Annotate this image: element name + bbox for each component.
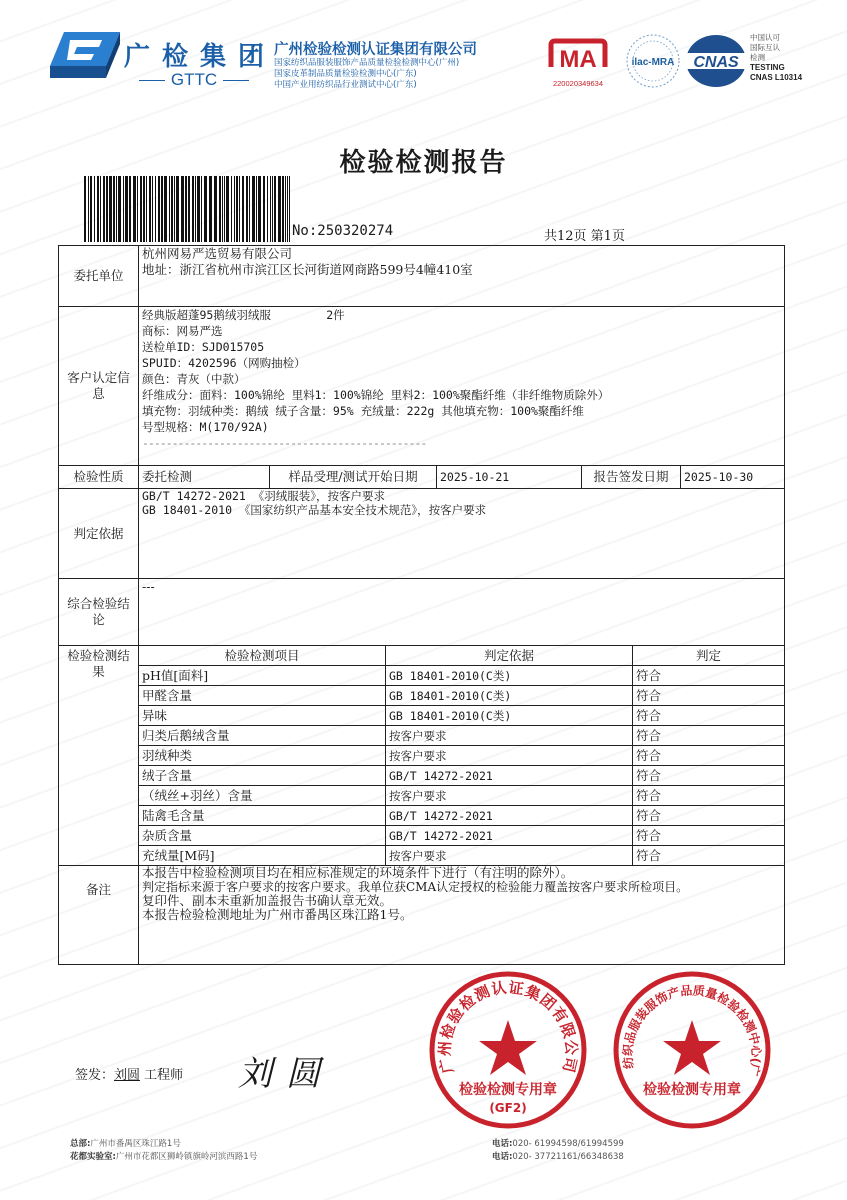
ilac-mra-logo-icon: ilac-MRA xyxy=(625,33,681,89)
result-item: pH值[面料] xyxy=(139,666,386,686)
result-basis: GB 18401-2010(C类) xyxy=(386,666,633,686)
result-basis: 按客户要求 xyxy=(386,746,633,766)
result-item: 甲醛含量 xyxy=(139,686,386,706)
info-line: 送检单ID：SJD015705 xyxy=(142,339,781,355)
result-basis: 按客户要求 xyxy=(386,846,633,866)
gttc-logo-icon xyxy=(50,32,120,78)
client-address: 地址：浙江省杭州市滨江区长河街道网商路599号4幢410室 xyxy=(142,262,781,278)
customer-info-cell: 经典版超蓬95鹅绒羽绒服 2件 商标：网易严选 送检单ID：SJD015705 … xyxy=(139,307,785,466)
svg-text:检验检测专用章: 检验检测专用章 xyxy=(459,1081,557,1098)
remark-line: 本报告检验检测地址为广州市番禺区珠江路1号。 xyxy=(142,908,781,922)
table-row: 羽绒种类按客户要求符合 xyxy=(139,746,784,766)
cnas-accreditation-text: 中国认可 国际互认 检测 TESTING CNAS L10314 xyxy=(750,33,802,83)
cma-logo-icon: MA xyxy=(545,37,611,75)
result-basis: GB 18401-2010(C类) xyxy=(386,686,633,706)
info-line: 颜色：青灰（中款） xyxy=(142,371,781,387)
cnas-logo-icon: CNAS xyxy=(684,33,748,89)
result-item: （绒丝+羽丝）含量 xyxy=(139,786,386,806)
official-seal-center: 国家纺织品服装服饰产品质量检验检测中心(广州) 检验检测专用章 xyxy=(612,970,772,1130)
svg-text:检验检测专用章: 检验检测专用章 xyxy=(643,1081,741,1098)
star-icon xyxy=(663,1020,721,1075)
footer-hq: 总部:广州市番禺区珠江路1号 xyxy=(70,1137,181,1149)
table-row: 杂质含量GB/T 14272-2021符合 xyxy=(139,826,784,846)
result-verdict: 符合 xyxy=(633,666,785,686)
cma-number: 220020349634 xyxy=(545,79,611,88)
basis-cell: GB/T 14272-2021 《羽绒服装》，按客户要求 GB 18401-20… xyxy=(139,489,785,579)
results-header-cell: 判定 xyxy=(633,646,785,666)
table-row: 归类后鹅绒含量按客户要求符合 xyxy=(139,726,784,746)
result-verdict: 符合 xyxy=(633,846,785,866)
info-line: 号型规格：M(170/92A) xyxy=(142,419,781,435)
inspection-nature-row: 检验性质 委托检测 样品受理/测试开始日期 2025-10-21 报告签发日期 … xyxy=(59,466,785,489)
result-item: 归类后鹅绒含量 xyxy=(139,726,386,746)
table-row: 甲醛含量GB 18401-2010(C类)符合 xyxy=(139,686,784,706)
result-verdict: 符合 xyxy=(633,766,785,786)
start-date-label: 样品受理/测试开始日期 xyxy=(270,466,437,489)
svg-text:CNAS: CNAS xyxy=(693,54,739,71)
brand-name-en: GTTC xyxy=(124,70,264,90)
table-row: 充绒量[M码]按客户要求符合 xyxy=(139,846,784,866)
signoff-name: 刘圆 xyxy=(114,1068,140,1083)
report-title: 检验检测报告 xyxy=(0,142,847,179)
basis-row: 判定依据 GB/T 14272-2021 《羽绒服装》，按客户要求 GB 184… xyxy=(59,489,785,579)
center-name-3: 中国产业用纺织品行业测试中心(广东) xyxy=(274,78,417,90)
svg-text:ilac-MRA: ilac-MRA xyxy=(632,57,675,68)
results-row: 检验检测结果 检验检测项目判定依据判定pH值[面料]GB 18401-2010(… xyxy=(59,646,785,866)
client-name: 杭州网易严选贸易有限公司 xyxy=(142,246,781,262)
svg-text:(GF2): (GF2) xyxy=(489,1101,526,1115)
svg-text:MA: MA xyxy=(559,46,596,73)
basis-line: GB/T 14272-2021 《羽绒服装》，按客户要求 xyxy=(142,489,781,503)
remark-line: 本报告中检验检测项目均在相应标准规定的环境条件下进行（有注明的除外）。 xyxy=(142,866,781,880)
result-verdict: 符合 xyxy=(633,826,785,846)
remarks-row: 备注 本报告中检验检测项目均在相应标准规定的环境条件下进行（有注明的除外）。 判… xyxy=(59,866,785,965)
info-separator: ----------------------------------------… xyxy=(142,435,781,451)
report-number: No:250320274 xyxy=(292,223,393,239)
info-line: 填充物：羽绒种类：鹅绒 绒子含量：95% 充绒量：222g 其他填充物：100%… xyxy=(142,403,781,419)
basis-line: GB 18401-2010 《国家纺织产品基本安全技术规范》，按客户要求 xyxy=(142,503,781,517)
table-row: （绒丝+羽丝）含量按客户要求符合 xyxy=(139,786,784,806)
results-header-row: 检验检测项目判定依据判定 xyxy=(139,646,784,666)
conclusion-value: --- xyxy=(139,579,785,646)
signoff: 签发：刘圆 工程师 xyxy=(75,1064,183,1083)
result-basis: GB/T 14272-2021 xyxy=(386,826,633,846)
info-line: SPUID：4202596（网购抽检） xyxy=(142,355,781,371)
page-info: 共12页 第1页 xyxy=(544,225,625,244)
report-table: 委托单位 杭州网易严选贸易有限公司 地址：浙江省杭州市滨江区长河街道网商路599… xyxy=(58,245,785,965)
info-line: 纤维成分：面料：100%锦纶 里料1：100%锦纶 里料2：100%聚酯纤维（非… xyxy=(142,387,781,403)
table-row: pH值[面料]GB 18401-2010(C类)符合 xyxy=(139,666,784,686)
table-row: 绒子含量GB/T 14272-2021符合 xyxy=(139,766,784,786)
brand-name-cn: 广检集团 xyxy=(124,36,276,73)
inspection-nature-value: 委托检测 xyxy=(139,466,270,489)
result-basis: 按客户要求 xyxy=(386,726,633,746)
results-label: 检验检测结果 xyxy=(59,646,139,866)
basis-label: 判定依据 xyxy=(59,489,139,579)
star-icon xyxy=(479,1020,537,1075)
conclusion-row: 综合检验结论 --- xyxy=(59,579,785,646)
handwritten-signature: 刘圆 xyxy=(238,1046,334,1095)
footer-phone-2: 电话:020- 37721161/66348638 xyxy=(492,1150,624,1162)
result-basis: 按客户要求 xyxy=(386,786,633,806)
result-verdict: 符合 xyxy=(633,786,785,806)
customer-info-label: 客户认定信息 xyxy=(59,307,139,466)
info-line: 经典版超蓬95鹅绒羽绒服 2件 xyxy=(142,307,781,323)
remark-line: 复印件、副本未重新加盖报告书确认章无效。 xyxy=(142,894,781,908)
start-date: 2025-10-21 xyxy=(437,466,582,489)
table-row: 陆禽毛含量GB/T 14272-2021符合 xyxy=(139,806,784,826)
info-line: 商标：网易严选 xyxy=(142,323,781,339)
remark-line: 判定指标来源于客户要求的按客户要求。我单位获CMA认定授权的检验能力覆盖按客户要… xyxy=(142,880,781,894)
client-row: 委托单位 杭州网易严选贸易有限公司 地址：浙江省杭州市滨江区长河街道网商路599… xyxy=(59,246,785,307)
conclusion-label: 综合检验结论 xyxy=(59,579,139,646)
issue-date-label: 报告签发日期 xyxy=(582,466,681,489)
cma-cert-badge: MA 220020349634 xyxy=(545,37,611,85)
result-basis: GB/T 14272-2021 xyxy=(386,806,633,826)
result-verdict: 符合 xyxy=(633,746,785,766)
result-item: 杂质含量 xyxy=(139,826,386,846)
result-verdict: 符合 xyxy=(633,686,785,706)
result-item: 陆禽毛含量 xyxy=(139,806,386,826)
remarks-label: 备注 xyxy=(59,866,139,965)
issue-date: 2025-10-30 xyxy=(681,466,785,489)
result-basis: GB 18401-2010(C类) xyxy=(386,706,633,726)
remarks-cell: 本报告中检验检测项目均在相应标准规定的环境条件下进行（有注明的除外）。 判定指标… xyxy=(139,866,785,965)
result-verdict: 符合 xyxy=(633,806,785,826)
result-item: 充绒量[M码] xyxy=(139,846,386,866)
signoff-label: 签发： xyxy=(75,1068,114,1083)
result-basis: GB/T 14272-2021 xyxy=(386,766,633,786)
footer-phone-1: 电话:020- 61994598/61994599 xyxy=(492,1137,624,1149)
result-item: 羽绒种类 xyxy=(139,746,386,766)
results-header-cell: 判定依据 xyxy=(386,646,633,666)
client-cell: 杭州网易严选贸易有限公司 地址：浙江省杭州市滨江区长河街道网商路599号4幢41… xyxy=(139,246,785,307)
results-table: 检验检测项目判定依据判定pH值[面料]GB 18401-2010(C类)符合甲醛… xyxy=(139,646,784,865)
footer-lab: 花都实验室:广州市花都区狮岭镇旗岭河滨西路1号 xyxy=(70,1150,257,1162)
customer-info-row: 客户认定信息 经典版超蓬95鹅绒羽绒服 2件 商标：网易严选 送检单ID：SJD… xyxy=(59,307,785,466)
table-row: 异味GB 18401-2010(C类)符合 xyxy=(139,706,784,726)
result-item: 绒子含量 xyxy=(139,766,386,786)
results-cell: 检验检测项目判定依据判定pH值[面料]GB 18401-2010(C类)符合甲醛… xyxy=(139,646,785,866)
result-verdict: 符合 xyxy=(633,706,785,726)
client-label: 委托单位 xyxy=(59,246,139,307)
results-header-cell: 检验检测项目 xyxy=(139,646,386,666)
result-verdict: 符合 xyxy=(633,726,785,746)
inspection-nature-label: 检验性质 xyxy=(59,466,139,489)
barcode-icon xyxy=(84,176,292,242)
result-item: 异味 xyxy=(139,706,386,726)
official-seal-gf2: 广州检验检测认证集团有限公司 检验检测专用章 (GF2) xyxy=(428,970,588,1130)
signoff-title: 工程师 xyxy=(144,1068,183,1083)
